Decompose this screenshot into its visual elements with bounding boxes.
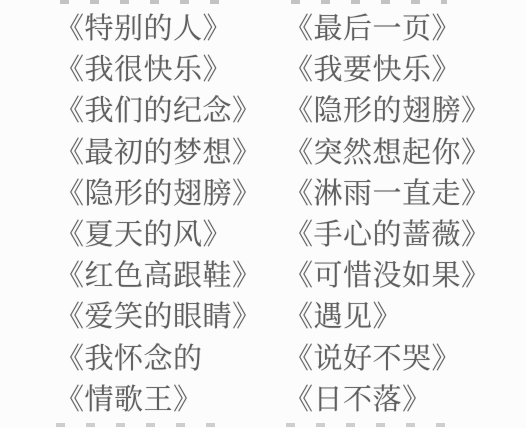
- song-title: 《最后一页》: [284, 9, 461, 50]
- song-title: 《隐形的翅膀》: [284, 91, 491, 132]
- song-title: 《特别的人》: [55, 9, 232, 50]
- cropped-row-fragment-bottom-left: [56, 423, 234, 427]
- song-row: 《最初的梦想》 《突然想起你》: [0, 133, 526, 174]
- song-title: 《突然想起你》: [284, 133, 491, 174]
- song-title: 《遇见》: [284, 297, 402, 338]
- song-row: 《隐形的翅膀》 《淋雨一直走》: [0, 174, 526, 215]
- song-title-list: 《特别的人》 《最后一页》 《我很快乐》 《我要快乐》 《我们的纪念》 《隐形的…: [0, 9, 526, 421]
- song-row: 《夏天的风》 《手心的蔷薇》: [0, 215, 526, 256]
- song-title: 《日不落》: [284, 380, 432, 421]
- song-title: 《我很快乐》: [55, 50, 232, 91]
- song-title: 《红色高跟鞋》: [55, 256, 262, 297]
- cropped-row-fragment-bottom-right: [286, 423, 458, 427]
- song-row: 《情歌王》 《日不落》: [0, 380, 526, 421]
- song-title: 《我怀念的: [55, 339, 203, 380]
- song-row: 《我们的纪念》 《隐形的翅膀》: [0, 91, 526, 132]
- song-row: 《我怀念的 《说好不哭》: [0, 339, 526, 380]
- cropped-row-fragment-top-left: [60, 0, 232, 4]
- song-row: 《红色高跟鞋》 《可惜没如果》: [0, 256, 526, 297]
- song-title: 《手心的蔷薇》: [284, 215, 491, 256]
- song-title: 《说好不哭》: [284, 339, 461, 380]
- song-title: 《夏天的风》: [55, 215, 232, 256]
- song-row: 《我很快乐》 《我要快乐》: [0, 50, 526, 91]
- song-title: 《我要快乐》: [284, 50, 461, 91]
- song-row: 《爱笑的眼睛》 《遇见》: [0, 297, 526, 338]
- song-title: 《最初的梦想》: [55, 133, 262, 174]
- song-title: 《淋雨一直走》: [284, 174, 491, 215]
- song-title: 《爱笑的眼睛》: [55, 297, 262, 338]
- song-title: 《隐形的翅膀》: [55, 174, 262, 215]
- song-title: 《可惜没如果》: [284, 256, 491, 297]
- song-title: 《情歌王》: [55, 380, 203, 421]
- cropped-row-fragment-top-right: [291, 0, 447, 4]
- song-row: 《特别的人》 《最后一页》: [0, 9, 526, 50]
- song-title: 《我们的纪念》: [55, 91, 262, 132]
